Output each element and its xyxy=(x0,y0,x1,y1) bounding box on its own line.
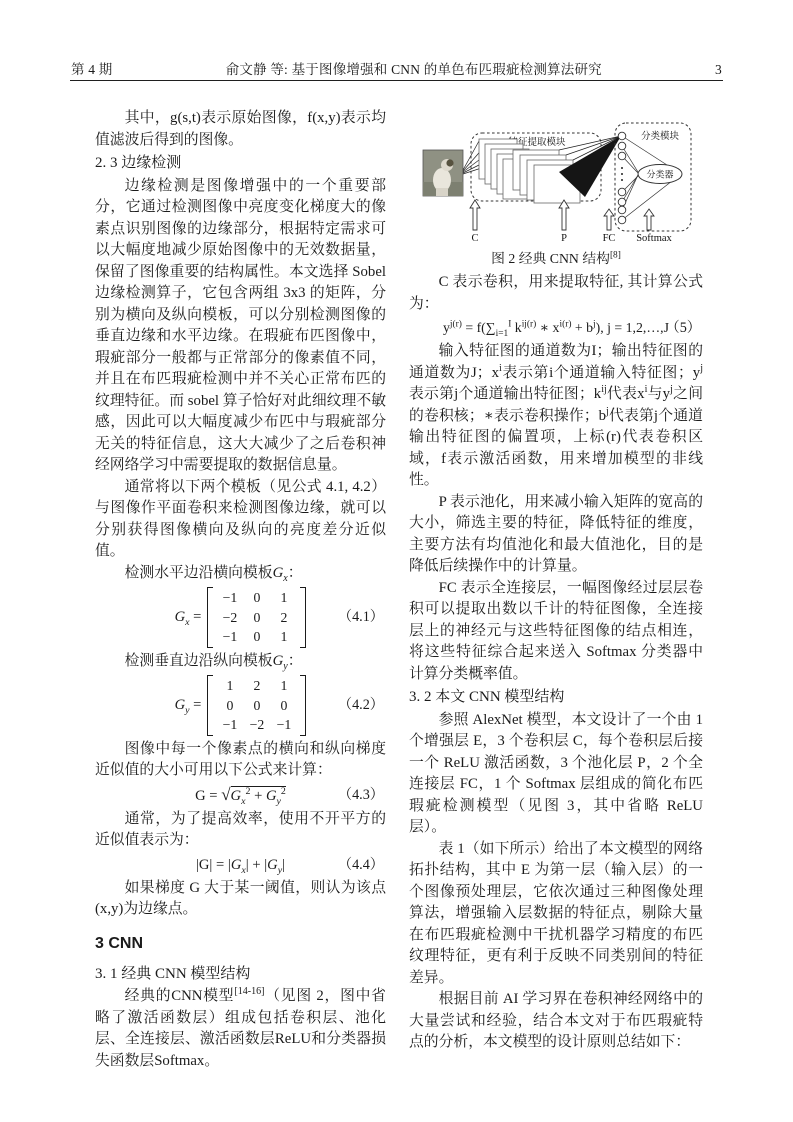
class-module-label: 分类模块 xyxy=(641,130,680,142)
header-rule xyxy=(70,80,723,81)
matrix-cell: −1 xyxy=(216,715,243,735)
matrix-cell: 1 xyxy=(270,676,297,696)
paragraph-proposed-model: 参照 AlexNet 模型，本文设计了一个由 1 个增强层 E，3 个卷积层 C… xyxy=(409,710,703,839)
matrix-cell: 0 xyxy=(243,588,270,608)
label-c: C xyxy=(471,233,478,244)
matrix-cell: 0 xyxy=(216,696,243,716)
matrix-cell: −1 xyxy=(270,715,297,735)
paragraph-design-principles: 根据目前 AI 学习界在卷积神经网络中的大量尝试和经验，结合本文对于布匹瑕疵特点… xyxy=(409,989,703,1054)
matrix-cell: 1 xyxy=(270,588,297,608)
matrix-cell: 0 xyxy=(243,696,270,716)
matrix-gx: −101−202−101 xyxy=(207,587,306,648)
paragraph-convolution-symbols: 输入特征图的通道数为I；输出特征图的通道数为J；xi表示第i个通道输入特征图；y… xyxy=(409,341,703,492)
matrix-cell: 0 xyxy=(270,696,297,716)
heading-3-2-proposed-cnn: 3. 2 本文 CNN 模型结构 xyxy=(409,686,703,709)
matrix-cell: 0 xyxy=(243,608,270,628)
arrow-fc xyxy=(604,209,614,230)
matrix-right-bracket xyxy=(300,675,306,736)
label-softmax: Softmax xyxy=(636,233,672,244)
equation-4-2-lhs: Gy = xyxy=(175,695,202,715)
matrix-right-bracket xyxy=(300,587,306,648)
label-gx-template: 检测水平边沿横向模板Gx： xyxy=(95,563,386,585)
equation-4-1-lhs: Gx = xyxy=(175,607,202,627)
matrix-cell: −1 xyxy=(216,588,243,608)
equation-number: （4.1） xyxy=(338,607,384,627)
matrix-cell: 1 xyxy=(270,627,297,647)
matrix-cell: −1 xyxy=(216,627,243,647)
journal-issue: 第 4 期 xyxy=(71,58,113,78)
input-image-dog xyxy=(423,150,463,196)
paragraph-pooling: P 表示池化，用来减小输入矩阵的宽高的大小，筛选主要的特征，降低特征的维度，主要… xyxy=(409,492,703,578)
paper-page: 第 4 期 俞文静 等: 基于图像增强和 CNN 的单色布匹瑕疵检测算法研究 3… xyxy=(0,0,793,1122)
paragraph-sobel-templates: 通常将以下两个模板（见公式 4.1, 4.2）与图像作平面卷积来检测图像边缘，就… xyxy=(95,477,386,563)
figure-2-cnn-structure: 特征提取模块 xyxy=(409,112,703,267)
equation-4-3: G = √Gx2 + Gy2 （4.3） xyxy=(95,785,386,806)
paragraph-classic-cnn: 经典的CNN模型[14-16]（见图 2，图中省略了激活函数层）组成包括卷积层、… xyxy=(95,986,386,1072)
matrix-left-bracket xyxy=(207,587,213,648)
heading-3-cnn: 3 CNN xyxy=(95,934,386,954)
equation-4-2: Gy = 121000−1−2−1 （4.2） xyxy=(95,675,386,736)
label-gy-template: 检测垂直边沿纵向模板Gy： xyxy=(95,651,386,673)
equation-5-body: yj(r) = f(∑i=1I kij(r) ∗ xi(r) + bj), j … xyxy=(443,318,669,338)
matrix-cell: 0 xyxy=(243,627,270,647)
arrow-c xyxy=(470,200,480,230)
neurons xyxy=(618,132,626,224)
right-column: 特征提取模块 xyxy=(409,112,703,1054)
paragraph-edge-detection: 边缘检测是图像增强中的一个重要部分，它通过检测图像中亮度变化梯度大的像素点识别图… xyxy=(95,176,386,477)
label-fc: FC xyxy=(603,233,616,244)
equation-4-4: |G| = |Gx| + |Gy| （4.4） xyxy=(95,855,386,875)
equation-4-4-body: |G| = |Gx| + |Gy| xyxy=(196,855,285,875)
equation-5: yj(r) = f(∑i=1I kij(r) ∗ xi(r) + bj), j … xyxy=(409,318,703,338)
neuron-dots xyxy=(621,167,623,181)
paragraph-threshold-note: 如果梯度 G 大于某一阈值，则认为该点(x,y)为边缘点。 xyxy=(95,878,386,921)
matrix-cell: −2 xyxy=(216,608,243,628)
label-p: P xyxy=(561,233,567,244)
matrix-left-bracket xyxy=(207,675,213,736)
equation-number: （5） xyxy=(666,318,701,338)
arrow-softmax xyxy=(644,209,654,230)
matrix-cell: 1 xyxy=(216,676,243,696)
paragraph-fully-connected: FC 表示全连接层，一幅图像经过层层卷积可以提取出数以千计的特征图像，全连接层上… xyxy=(409,578,703,686)
classifier-label: 分类器 xyxy=(646,169,673,180)
arrow-p xyxy=(559,200,569,230)
matrix-cell: 2 xyxy=(243,676,270,696)
equation-4-3-body: G = √Gx2 + Gy2 xyxy=(195,785,286,806)
equation-number: （4.2） xyxy=(338,695,384,715)
page-header: 第 4 期 俞文静 等: 基于图像增强和 CNN 的单色布匹瑕疵检测算法研究 3 xyxy=(71,58,722,78)
figure-2-caption: 图 2 经典 CNN 结构[8] xyxy=(409,247,703,267)
paragraph-table1-topology: 表 1（如下所示）给出了本文模型的网络拓扑结构，其中 E 为第一层（输入层）的一… xyxy=(409,839,703,990)
matrix-cell: −2 xyxy=(243,715,270,735)
paragraph-gradient-formula-intro: 图像中每一个像素点的横向和纵向梯度近似值的大小可用以下公式来计算： xyxy=(95,739,386,782)
heading-3-1-classic-cnn: 3. 1 经典 CNN 模型结构 xyxy=(95,963,386,986)
equation-number: （4.4） xyxy=(338,855,384,875)
matrix-cell: 2 xyxy=(270,608,297,628)
paragraph-approximation-intro: 通常，为了提高效率，使用不开平方的近似值表示为： xyxy=(95,809,386,852)
equation-number: （4.3） xyxy=(338,785,384,805)
equation-4-1: Gx = −101−202−101 （4.1） xyxy=(95,587,386,648)
page-number: 3 xyxy=(715,62,722,78)
left-column: 其中，g(s,t)表示原始图像，f(x,y)表示均值滤波后得到的图像。 2. 3… xyxy=(95,108,386,1072)
heading-2-3-edge-detection: 2. 3 边缘检测 xyxy=(95,152,386,175)
cnn-structure-diagram: 特征提取模块 xyxy=(409,112,703,244)
layer-arrows: C P FC Softmax xyxy=(470,200,673,244)
paragraph-mean-filter-note: 其中，g(s,t)表示原始图像，f(x,y)表示均值滤波后得到的图像。 xyxy=(95,108,386,151)
running-title: 俞文静 等: 基于图像增强和 CNN 的单色布匹瑕疵检测算法研究 xyxy=(113,58,716,78)
paragraph-convolution-intro: C 表示卷积，用来提取特征, 其计算公式为： xyxy=(409,272,703,315)
matrix-gy: 121000−1−2−1 xyxy=(207,675,306,736)
